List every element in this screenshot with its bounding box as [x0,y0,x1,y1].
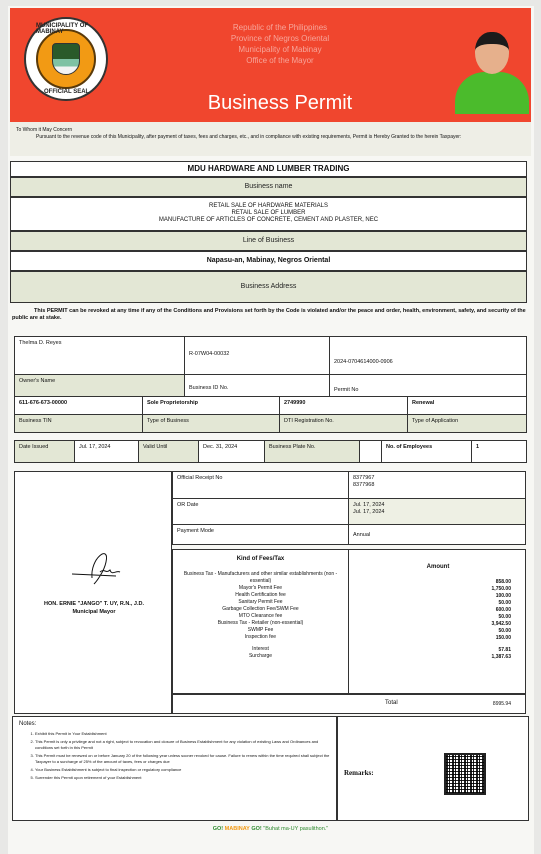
fee-name: Sanitary Permit Fee [173,599,348,606]
business-type-value: Sole Proprietorship [143,397,280,415]
note-item: Exhibit this Permit in Your Establishmen… [35,731,330,737]
revoke-text: This PERMIT can be revoked at any time i… [12,308,526,321]
or-date: Jul. 17, 2024 [353,509,521,516]
signature-box: HON. ERNIE "JANGO" T. UY, R.N., J.D. Mun… [14,471,172,714]
or-number: 8377968 [353,482,521,489]
owner-label: Owner's Name [15,375,185,397]
line-of-business-label: Line of Business [10,231,527,251]
fee-amount: 50.00 [349,600,527,607]
plate-label: Business Plate No. [265,441,360,463]
salutation: To Whom it May Concern [16,127,525,134]
line-of-business-item: RETAIL SALE OF HARDWARE MATERIALS [11,203,526,210]
mayor-title: Municipal Mayor [15,608,173,616]
permit-header: MUNICIPALITY OF MABINAY OFFICIAL SEAL Re… [10,8,531,122]
note-item: This Permit is only a privilege and not … [35,739,330,751]
owner-table: Thelma D. Reyes R-07W04-00032 2024-07046… [14,336,527,397]
registration-table: 611-676-673-00000 Sole Proprietorship 27… [14,396,527,433]
line-of-business-item: MANUFACTURE OF ARTICLES OF CONCRETE, CEM… [11,217,526,224]
payment-mode-label: Payment Mode [173,525,349,545]
plate-no [360,441,382,463]
footer-slogan: GO! MABINAY GO! "Buhat ma-UY pasulithon.… [10,826,531,832]
payment-mode: Annual [349,525,526,545]
employees-label: No. of Employees [382,441,472,463]
dti-value: 2749990 [280,397,408,415]
permit-no: 2024-0704614000-0906 [330,337,527,375]
application-type-value: Renewal [408,397,527,415]
permit-no-label: Permit No [330,375,527,397]
date-issued: Jul. 17, 2024 [75,441,139,463]
business-address: Napasu-an, Mabinay, Negros Oriental [10,251,527,271]
fee-amount: 57.81 [349,647,527,654]
go-text: GO! [213,826,223,832]
or-numbers: 8377967 8377968 [349,472,526,499]
slogan-text: "Buhat ma-UY pasulithon." [263,826,328,832]
business-address-label: Business Address [10,271,527,303]
application-type-label: Type of Application [408,415,527,433]
business-id: R-07W04-00032 [185,337,330,375]
fee-amount: 100.00 [349,593,527,600]
valid-until: Dec. 31, 2024 [199,441,265,463]
or-label: Official Receipt No [173,472,349,499]
fee-name: Health Certification fee [173,592,348,599]
go-text: GO! [251,826,261,832]
total-row: Total 8995.94 [172,694,526,714]
municipality-text: MABINAY [225,826,250,832]
payment-table: Official Receipt No 8377967 8377968 OR D… [172,471,526,545]
fee-name: MTO Clearance fee [173,613,348,620]
fees-kind-column: Kind of Fees/Tax Business Tax - Manufact… [173,550,349,695]
gov-line: Republic of the Philippines [190,22,370,33]
dti-label: DTI Registration No. [280,415,408,433]
qr-code-icon [444,753,486,795]
fee-amount: 1,750.00 [349,586,527,593]
line-of-business-item: RETAIL SALE OF LUMBER [11,210,526,217]
note-item: Surrender this Permit upon retirement of… [35,775,330,781]
gov-line: Municipality of Mabinay [190,44,370,55]
or-date: Jul. 17, 2024 [353,502,521,509]
validity-table: Date Issued Jul. 17, 2024 Valid Until De… [14,440,527,463]
notes-title: Notes: [19,721,330,727]
business-name-label: Business name [10,177,527,197]
remarks-label: Remarks: [344,769,374,777]
business-type-label: Type of Business [143,415,280,433]
employees-count: 1 [472,441,527,463]
fee-amount: 1,387.63 [349,654,527,661]
amount-header: Amount [349,564,527,571]
kind-header: Kind of Fees/Tax [173,556,348,563]
fee-amount: 858.00 [349,579,527,586]
fee-amount: 3,942.50 [349,621,527,628]
or-date-label: OR Date [173,499,349,525]
tin-label: Business TIN [15,415,143,433]
remarks-box: Remarks: [337,716,529,821]
intro-body: Pursuant to the revenue code of this Mun… [16,134,525,141]
mayor-photo [453,30,531,114]
page-title: Business Permit [160,92,400,115]
fee-amount: 150.00 [349,635,527,642]
fee-name: Business Tax - Manufacturers and other s… [173,571,348,585]
owner-name: Thelma D. Reyes [15,337,185,375]
mayor-signatory: HON. ERNIE "JANGO" T. UY, R.N., J.D. Mun… [15,600,173,616]
or-dates: Jul. 17, 2024 Jul. 17, 2024 [349,499,526,525]
fees-amount-column: Amount 858.001,750.00100.0050.00600.0050… [349,550,527,695]
fee-amount: 50.00 [349,628,527,635]
seal-bottom-text: OFFICIAL SEAL [44,89,89,95]
fees-table: Kind of Fees/Tax Business Tax - Manufact… [172,549,526,694]
tin-value: 611-676-673-00000 [15,397,143,415]
date-issued-label: Date Issued [15,441,75,463]
total-label: Total [385,700,398,706]
signature-icon [70,548,130,588]
fee-amount: 50.00 [349,614,527,621]
total-amount: 8995.94 [493,701,511,707]
business-name: MDU HARDWARE AND LUMBER TRADING [10,161,527,177]
fee-amount: 600.00 [349,607,527,614]
gov-line: Province of Negros Oriental [190,33,370,44]
or-number: 8377967 [353,475,521,482]
fee-name: Garbage Collection Fee/SWM Fee [173,606,348,613]
notes-box: Notes: Exhibit this Permit in Your Estab… [12,716,337,821]
note-item: This Permit must be renewed on or before… [35,753,330,765]
gov-line: Office of the Mayor [190,55,370,66]
business-id-label: Business ID No. [185,375,330,397]
note-item: Your Business Establishment is subject t… [35,767,330,773]
revoke-notice: This PERMIT can be revoked at any time i… [12,308,527,322]
mayor-name: HON. ERNIE "JANGO" T. UY, R.N., J.D. [15,600,173,608]
line-of-business: RETAIL SALE OF HARDWARE MATERIALS RETAIL… [10,197,527,231]
municipal-seal-icon: MUNICIPALITY OF MABINAY OFFICIAL SEAL [24,17,108,101]
fee-name: Surcharge [173,653,348,660]
seal-top-text: MUNICIPALITY OF MABINAY [36,23,106,35]
fee-name: Business Tax - Retailer (non-essential) [173,620,348,627]
intro-text: To Whom it May Concern Pursuant to the r… [10,122,531,156]
fee-name: Interest [173,646,348,653]
fee-name: Inspection fee [173,634,348,641]
valid-until-label: Valid Until [139,441,199,463]
fee-name: SWMP Fee [173,627,348,634]
fee-name: Mayor's Permit Fee [173,585,348,592]
government-lines: Republic of the Philippines Province of … [190,22,370,66]
